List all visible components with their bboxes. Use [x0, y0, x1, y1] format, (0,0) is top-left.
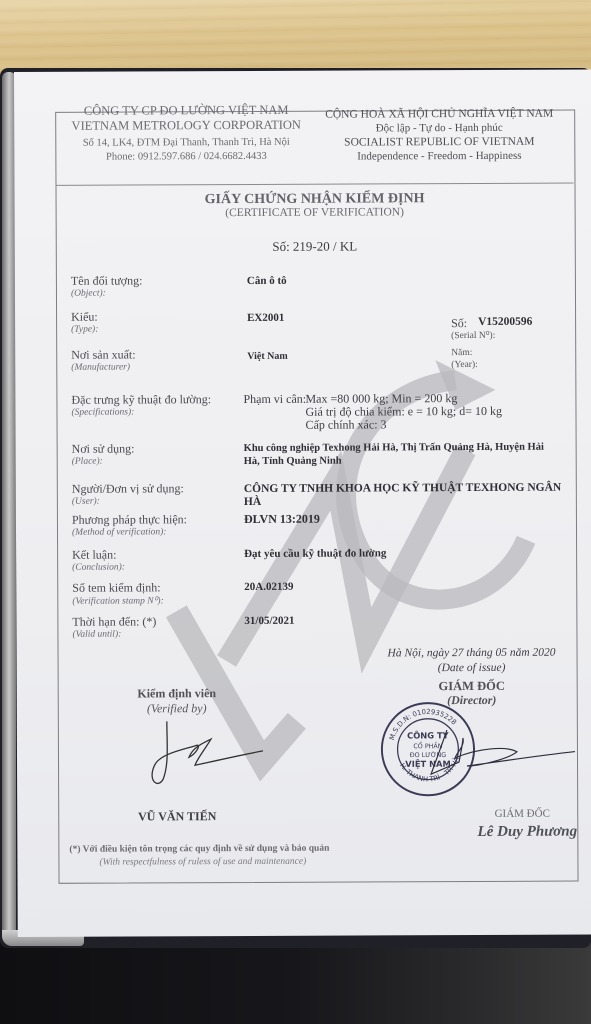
national-name-vi: CỘNG HOÀ XÃ HỘI CHỦ NGHĨA VIỆT NAM [319, 108, 559, 121]
serial-label-en: (Serial N⁰): [451, 330, 495, 341]
method-label: Phương pháp thực hiện: [72, 512, 187, 528]
specifications-label-en: (Specifications): [71, 407, 134, 417]
spec-line-accuracy: Cấp chính xác: 3 [306, 417, 387, 432]
certificate-number: Số: 219-20 / KL [56, 238, 574, 256]
national-motto-vi: Độc lập - Tự do - Hạnh phúc [319, 122, 559, 135]
footnote-vi: (*) Với điều kiện tôn trọng các quy định… [69, 844, 329, 855]
serial-value: V15200596 [478, 316, 532, 328]
place-label-en: (Place): [72, 457, 103, 467]
certificate-title-en: (CERTIFICATE OF VERIFICATION) [56, 206, 574, 220]
serial-label: Số: [451, 316, 467, 331]
valid-until-label: Thời hạn đến: (*) [72, 614, 156, 629]
user-label: Người/Đơn vị sử dụng: [72, 481, 184, 496]
director-name: Lê Duy Phương [457, 823, 591, 841]
certificate-page: CÔNG TY CP ĐO LƯỜNG VIỆT NAM VIETNAM MET… [14, 69, 591, 937]
conclusion-value: Đạt yêu cầu kỹ thuật đo lường [244, 547, 386, 560]
user-value-line2: HÀ [244, 496, 261, 508]
verifier-name: VŨ VĂN TIẾN [107, 809, 247, 825]
issuer-address: Số 14, LK4, ĐTM Đại Thanh, Thanh Trì, Hà… [66, 137, 306, 149]
method-value: ĐLVN 13:2019 [244, 512, 320, 527]
valid-until-value: 31/05/2021 [244, 615, 294, 627]
conclusion-label-en: (Conclusion): [72, 563, 125, 573]
issuer-name-en: VIETNAM METROLOGY CORPORATION [66, 118, 306, 134]
stamp-number-label: Số tem kiểm định: [72, 580, 160, 595]
year-label: Năm: [451, 348, 472, 358]
valid-until-label-en: (Valid until): [72, 630, 121, 640]
manufacturer-label-en: (Manufacturer) [71, 362, 130, 372]
verifier-title-en: (Verified by) [107, 701, 247, 717]
year-label-en: (Year): [451, 360, 478, 370]
place-value-line1: Khu công nghiệp Texhong Hải Hà, Thị Trấn… [244, 442, 544, 454]
manufacturer-value: Việt Nam [247, 351, 288, 362]
manufacturer-label: Nơi sản xuất: [71, 347, 135, 362]
national-motto-en: Independence - Freedom - Happiness [319, 150, 559, 163]
issue-date-label: (Date of issue) [367, 662, 577, 675]
verifier-signature [145, 719, 265, 790]
specifications-label: Đặc trưng kỹ thuật đo lường: [71, 392, 211, 408]
user-label-en: (User): [72, 497, 100, 507]
method-label-en: (Method of verification): [72, 527, 166, 537]
issuer-phone: Phone: 0912.597.686 / 024.6682.4433 [66, 151, 306, 163]
type-value: EX2001 [247, 312, 284, 324]
place-label: Nơi sử dụng: [72, 441, 135, 456]
type-label: Kiểu: [71, 310, 98, 325]
type-label-en: (Type): [71, 325, 98, 335]
director-signature [417, 722, 577, 793]
place-value-line2: Hà, Tỉnh Quảng Ninh [244, 456, 342, 467]
user-value-line1: CÔNG TY TNHH KHOA HỌC KỸ THUẬT TEXHONG N… [244, 482, 561, 495]
issuer-name-vi: CÔNG TY CP ĐO LƯỜNG VIỆT NAM [66, 103, 306, 119]
footnote-en: (With respectfulness of ruless of use an… [99, 857, 306, 868]
director-sign-title: GIÁM ĐỐC [467, 808, 577, 820]
object-label: Tên đối tượng: [71, 273, 143, 288]
national-name-en: SOCIALIST REPUBLIC OF VIETNAM [319, 136, 559, 149]
stamp-number-value: 20A.02139 [244, 581, 293, 593]
weighing-range-label: Phạm vi cân: [243, 392, 306, 407]
object-label-en: (Object): [71, 289, 106, 299]
conclusion-label: Kết luận: [72, 548, 116, 563]
verifier-title: Kiểm định viên [107, 686, 247, 702]
stamp-number-label-en: (Verification stamp N⁰): [72, 595, 163, 606]
object-value: Cân ô tô [247, 275, 287, 287]
issue-place-date: Hà Nội, ngày 27 tháng 05 năm 2020 [367, 647, 577, 660]
